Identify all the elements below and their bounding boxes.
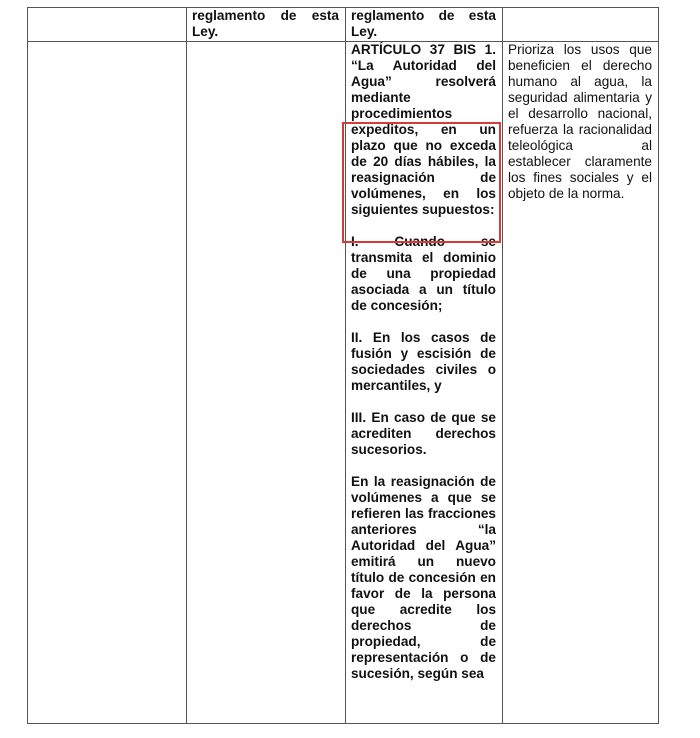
closing-paragraph: En la reasignación de volúmenes a que se… [351, 474, 496, 682]
fraction-3: III. En caso de que se acrediten derecho… [351, 410, 496, 458]
table-cell-current-text: reglamento de esta Ley. [187, 8, 346, 42]
fraction-1: I. Cuando se transmita el dominio de una… [351, 234, 496, 314]
cell-text: reglamento de esta Ley. [351, 8, 496, 40]
table-cell-col1 [28, 8, 187, 42]
comparison-table: reglamento de esta Ley. reglamento de es… [27, 7, 659, 724]
table-cell-current-text [187, 42, 346, 724]
table-cell-col1 [28, 42, 187, 724]
highlighted-text: expeditos, en un plazo que no exceda de … [351, 122, 496, 217]
table-row: reglamento de esta Ley. reglamento de es… [28, 8, 659, 42]
table-row: ARTÍCULO 37 BIS 1. “La Autoridad del Agu… [28, 42, 659, 724]
table-cell-justification: Prioriza los usos que beneficien el dere… [503, 42, 659, 724]
cell-text: reglamento de esta Ley. [192, 8, 339, 40]
justification-text: Prioriza los usos que beneficien el dere… [508, 42, 652, 202]
article-intro: ARTÍCULO 37 BIS 1. “La Autoridad del Agu… [351, 42, 496, 218]
table-cell-proposed-text: ARTÍCULO 37 BIS 1. “La Autoridad del Agu… [346, 42, 503, 724]
fraction-2: II. En los casos de fusión y escisión de… [351, 330, 496, 394]
table-cell-justification [503, 8, 659, 42]
table-cell-proposed-text: reglamento de esta Ley. [346, 8, 503, 42]
